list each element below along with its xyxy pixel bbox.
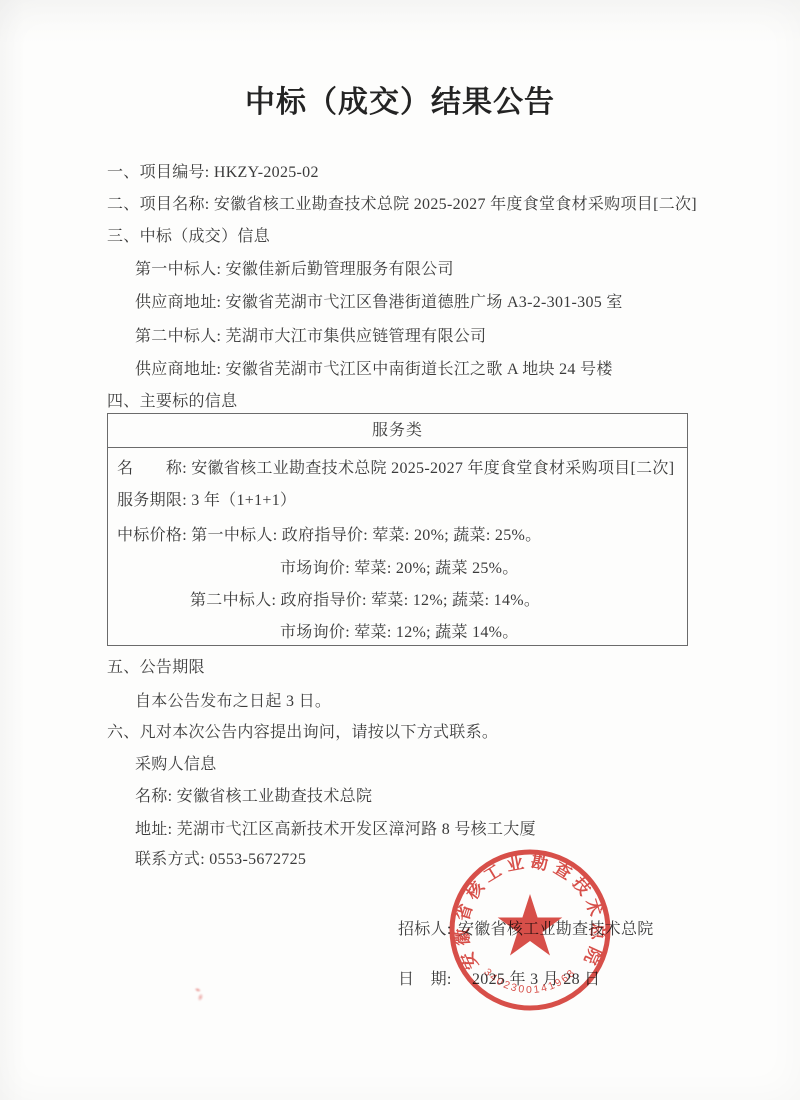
purchaser-address-line: 地址: 芜湖市弋江区高新技术开发区漳河路 8 号核工大厦 xyxy=(135,819,536,841)
date-label: 日 期: xyxy=(398,971,452,988)
scanned-announcement-page: 中标（成交）结果公告 一、项目编号: HKZY-2025-02 二、项目名称: … xyxy=(0,0,800,1100)
second-winner-address-line: 供应商地址: 安徽省芜湖市弋江区中南街道长江之歌 A 地块 24 号楼 xyxy=(135,359,613,381)
first-winner-line: 第一中标人: 安徽佳新后勤管理服务有限公司 xyxy=(135,259,454,281)
notice-period-text: 自本公告发布之日起 3 日。 xyxy=(135,691,331,713)
purchaser-info-heading: 采购人信息 xyxy=(135,754,217,776)
project-name-line: 二、项目名称: 安徽省核工业勘查技术总院 2025-2027 年度食堂食材采购项… xyxy=(107,194,697,216)
table-row-name: 名 称: 安徽省核工业勘查技术总院 2025-2027 年度食堂食材采购项目[二… xyxy=(117,458,674,480)
purchaser-phone-line: 联系方式: 0553-5672725 xyxy=(135,849,306,871)
table-row-winner1-market: 市场询价: 荤菜: 20%; 蔬菜 25%。 xyxy=(280,558,519,580)
red-ink-speck-artifact xyxy=(190,985,211,1006)
table-row-award-price-winner1-gov: 中标价格: 第一中标人: 政府指导价: 荤菜: 20%; 蔬菜: 25%。 xyxy=(117,525,541,547)
bidder-name: 安徽省核工业勘查技术总院 xyxy=(458,921,654,938)
second-winner-line: 第二中标人: 芜湖市大江市集供应链管理有限公司 xyxy=(135,326,486,348)
date-signature-line: 日 期: 2025 年 3 月 28 日 xyxy=(398,969,600,991)
bidder-label: 招标人: xyxy=(398,921,452,938)
purchaser-name-line: 名称: 安徽省核工业勘查技术总院 xyxy=(135,786,372,808)
subject-info-table: 服务类 名 称: 安徽省核工业勘查技术总院 2025-2027 年度食堂食材采购… xyxy=(107,413,688,646)
table-row-winner2-gov: 第二中标人: 政府指导价: 荤菜: 12%; 蔬菜: 14%。 xyxy=(190,590,540,612)
table-header-service-category: 服务类 xyxy=(108,414,687,448)
project-number-line: 一、项目编号: HKZY-2025-02 xyxy=(107,162,319,184)
seal-ring-text: 安徽省核工业勘查技术总院 xyxy=(451,851,608,972)
table-row-winner2-market: 市场询价: 荤菜: 12%; 蔬菜 14%。 xyxy=(280,622,519,644)
table-row-service-term: 服务期限: 3 年（1+1+1） xyxy=(117,490,296,512)
award-info-heading: 三、中标（成交）信息 xyxy=(107,226,270,248)
contact-heading: 六、凡对本次公告内容提出询问，请按以下方式联系。 xyxy=(107,722,498,744)
svg-text:安徽省核工业勘查技术总院: 安徽省核工业勘查技术总院 xyxy=(451,851,608,972)
bidder-signature-line: 招标人: 安徽省核工业勘查技术总院 xyxy=(398,919,654,941)
date-value: 2025 年 3 月 28 日 xyxy=(472,971,601,988)
subject-info-heading: 四、主要标的信息 xyxy=(107,391,237,413)
notice-period-heading: 五、公告期限 xyxy=(107,657,205,679)
first-winner-address-line: 供应商地址: 安徽省芜湖市弋江区鲁港街道德胜广场 A3-2-301-305 室 xyxy=(135,292,623,314)
page-title: 中标（成交）结果公告 xyxy=(0,84,800,122)
